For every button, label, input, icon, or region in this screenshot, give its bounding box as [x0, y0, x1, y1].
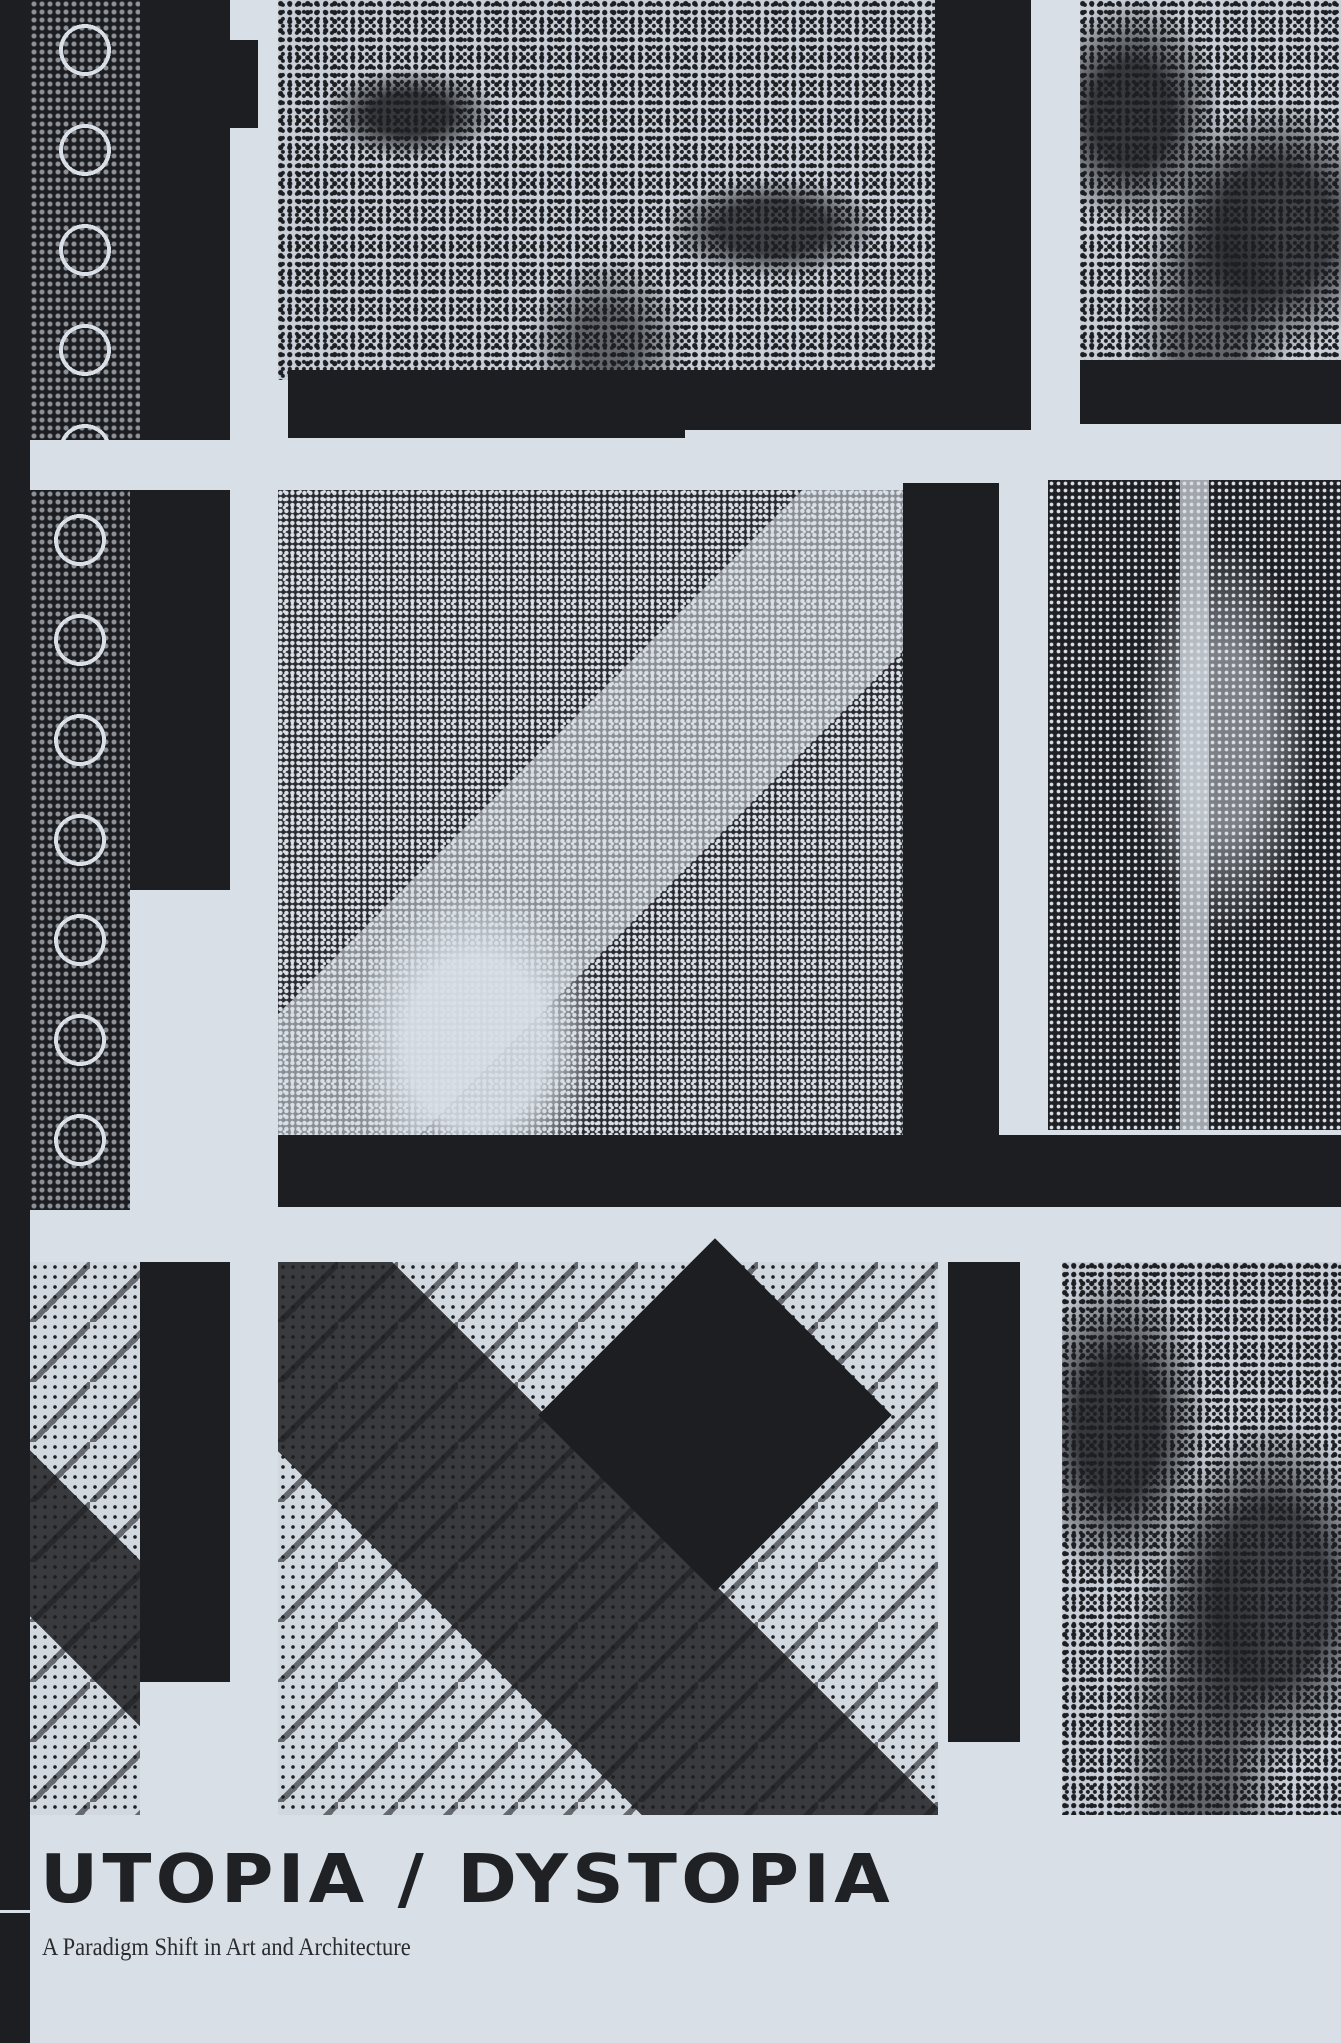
title-block: UTOPIA / DYSTOPIA A Paradigm Shift in Ar… [0, 1815, 1341, 2043]
frame-bar [903, 483, 999, 833]
gutter-vertical [230, 1262, 278, 1815]
book-title: UTOPIA / DYSTOPIA [40, 1846, 894, 1913]
panel-row3-col1 [30, 1262, 140, 1815]
frame-bar [278, 1135, 1341, 1207]
gutter-horizontal [30, 1210, 1341, 1262]
frame-bar-diagonal [140, 1600, 230, 1680]
gutter-vertical [230, 128, 278, 440]
frame-bar [948, 1262, 1020, 1742]
frame-bar [935, 0, 1031, 440]
gutter-horizontal [685, 430, 1341, 480]
cover-artwork [30, 0, 1341, 1815]
book-subtitle: A Paradigm Shift in Art and Architecture [42, 1934, 411, 1962]
gutter-vertical [230, 895, 278, 1205]
book-spine [0, 0, 30, 2043]
frame-bar [1080, 360, 1341, 424]
gutter-vertical [230, 0, 278, 40]
panel-row1-col2 [278, 0, 938, 380]
gutter-vertical [230, 490, 278, 830]
gutter-vertical [1020, 1262, 1062, 1815]
panel-row2-col3 [1048, 480, 1341, 1130]
panel-row2-col2 [278, 490, 938, 1140]
panel-row3-col3 [1062, 1262, 1341, 1815]
gutter-vertical [1031, 0, 1080, 220]
book-cover: UTOPIA / DYSTOPIA A Paradigm Shift in Ar… [0, 0, 1341, 2043]
panel-row2-col1 [30, 490, 130, 1210]
frame-bar-diagonal [130, 800, 230, 890]
panel-row1-col3 [1080, 0, 1341, 380]
gutter-vertical [999, 480, 1048, 820]
panel-row1-col1 [30, 0, 140, 440]
frame-bar [288, 370, 938, 438]
gutter-horizontal [30, 440, 680, 490]
